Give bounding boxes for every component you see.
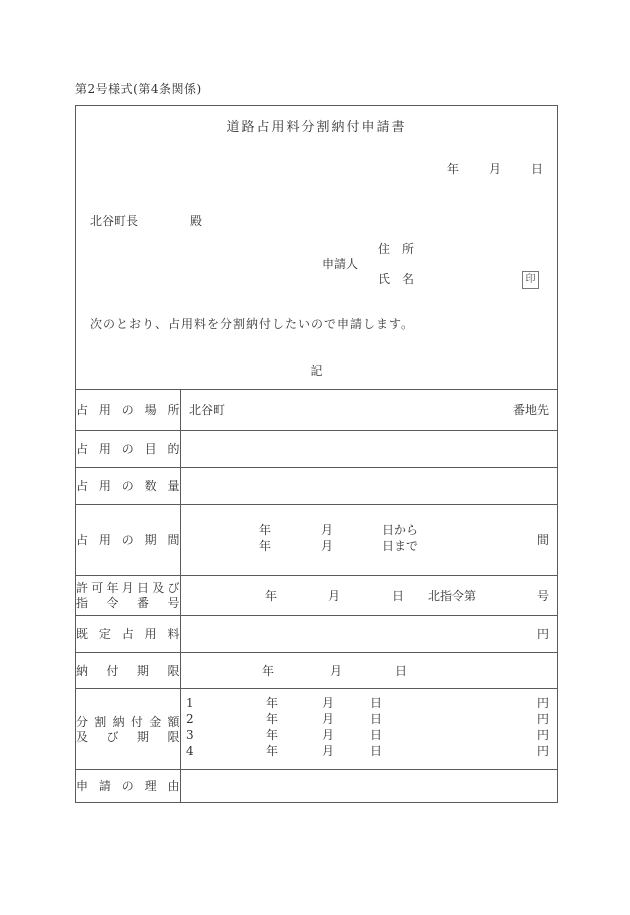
period-label: 占 用 の 期 間	[76, 534, 180, 546]
form-header-section: 道路占用料分割納付申請書 年 月 日 北谷町長殿 申請人 住 所 氏 名 印 次…	[75, 105, 558, 389]
installment-1-day: 日	[370, 697, 382, 709]
application-detail-table: 占 用 の 場 所 北谷町 番地先 占 用 の 目 的 占 用 の 数 量 占 …	[75, 389, 558, 803]
installment-2-no: 2	[186, 713, 194, 725]
reason-label: 申 請 の 理 由	[76, 780, 180, 792]
installment-3-day: 日	[370, 729, 382, 741]
installment-line-2: 2 年 月 日 円	[181, 713, 557, 729]
quantity-label: 占 用 の 数 量	[76, 480, 180, 492]
deadline-year: 年	[262, 665, 274, 677]
applicant-label: 申請人	[322, 258, 358, 270]
table-row-place: 占 用 の 場 所 北谷町 番地先	[76, 390, 558, 431]
application-date-line: 年 月 日	[447, 163, 543, 175]
quantity-value-cell	[181, 468, 558, 505]
date-day-label: 日	[531, 163, 543, 175]
permit-directive-prefix: 北指令第	[428, 590, 476, 602]
period-from-month: 月	[321, 524, 333, 536]
applicant-name-label: 氏 名	[378, 273, 414, 285]
addressee-name: 北谷町長	[90, 214, 138, 228]
installment-2-month: 月	[322, 713, 334, 725]
period-from-year: 年	[259, 524, 271, 536]
period-from-day: 日から	[382, 524, 418, 536]
installments-value-cell: 1 年 月 日 円 2 年 月 日 円	[181, 689, 558, 770]
installment-4-unit: 円	[537, 745, 549, 757]
period-to-year: 年	[259, 540, 271, 552]
table-row-reason: 申 請 の 理 由	[76, 770, 558, 803]
permit-month: 月	[328, 590, 340, 602]
place-value-cell: 北谷町 番地先	[181, 390, 558, 431]
form-border-box: 道路占用料分割納付申請書 年 月 日 北谷町長殿 申請人 住 所 氏 名 印 次…	[75, 105, 558, 803]
date-year-label: 年	[447, 163, 459, 175]
period-to-line: 年 月 日まで	[181, 540, 557, 556]
document-title: 道路占用料分割納付申請書	[76, 121, 557, 134]
permit-label-line1: 許可年月日及び	[76, 582, 180, 594]
applicant-address-label: 住 所	[378, 243, 414, 255]
table-row-installments: 分 割 納 付 金 額 及 び 期 限 1 年 月 日 円	[76, 689, 558, 770]
purpose-value-cell	[181, 431, 558, 468]
fixed-fee-value-cell: 円	[181, 616, 558, 653]
period-duration-suffix: 間	[537, 534, 549, 546]
deadline-month: 月	[330, 665, 342, 677]
installment-4-month: 月	[322, 745, 334, 757]
date-month-label: 月	[489, 163, 501, 175]
fixed-fee-label: 既 定 占 用 料	[76, 628, 180, 640]
installment-1-no: 1	[186, 697, 194, 709]
permit-label-line2: 指 令 番 号	[76, 597, 180, 609]
reason-value-cell	[181, 770, 558, 803]
installment-3-no: 3	[186, 729, 194, 741]
deadline-value-cell: 年 月 日	[181, 653, 558, 689]
addressee-line: 北谷町長殿	[90, 215, 202, 227]
installment-line-1: 1 年 月 日 円	[181, 697, 557, 713]
installment-2-unit: 円	[537, 713, 549, 725]
installment-line-3: 3 年 月 日 円	[181, 729, 557, 745]
permit-value-cell: 年 月 日 北指令第 号	[181, 576, 558, 616]
installments-label-line2: 及 び 期 限	[76, 731, 180, 743]
deadline-label: 納 付 期 限	[76, 665, 180, 677]
fixed-fee-unit: 円	[537, 628, 549, 640]
installment-3-unit: 円	[537, 729, 549, 741]
application-statement: 次のとおり、占用料を分割納付したいので申請します。	[90, 318, 414, 330]
installment-line-4: 4 年 月 日 円	[181, 745, 557, 761]
installment-4-no: 4	[186, 745, 194, 757]
installment-1-month: 月	[322, 697, 334, 709]
installment-2-day: 日	[370, 713, 382, 725]
section-marker: 記	[76, 365, 557, 377]
period-to-month: 月	[321, 540, 333, 552]
place-value: 北谷町	[181, 403, 225, 417]
deadline-day: 日	[395, 665, 407, 677]
installment-3-month: 月	[322, 729, 334, 741]
installments-label-line1: 分 割 納 付 金 額	[76, 716, 180, 728]
addressee-honorific: 殿	[190, 214, 202, 228]
table-row-quantity: 占 用 の 数 量	[76, 468, 558, 505]
table-row-deadline: 納 付 期 限 年 月 日	[76, 653, 558, 689]
period-value-cell: 年 月 日から 年 月 日まで 間	[181, 505, 558, 576]
installment-1-year: 年	[266, 697, 278, 709]
period-to-day: 日まで	[382, 540, 418, 552]
table-row-fixed-fee: 既 定 占 用 料 円	[76, 616, 558, 653]
table-row-permit: 許可年月日及び 指 令 番 号 年 月 日 北指令第 号	[76, 576, 558, 616]
table-row-period: 占 用 の 期 間 年 月 日から 年 月 日まで	[76, 505, 558, 576]
table-row-purpose: 占 用 の 目 的	[76, 431, 558, 468]
seal-mark-box: 印	[522, 271, 539, 289]
purpose-label: 占 用 の 目 的	[76, 443, 180, 455]
period-from-line: 年 月 日から	[181, 524, 557, 540]
installment-4-year: 年	[266, 745, 278, 757]
installment-4-day: 日	[370, 745, 382, 757]
permit-directive-suffix: 号	[537, 590, 549, 602]
installment-3-year: 年	[266, 729, 278, 741]
application-form-sheet: 第2号様式(第4条関係) 道路占用料分割納付申請書 年 月 日 北谷町長殿 申請…	[0, 0, 630, 915]
form-number: 第2号様式(第4条関係)	[75, 83, 202, 95]
place-right-text: 番地先	[513, 404, 549, 416]
permit-day: 日	[392, 590, 404, 602]
installment-1-unit: 円	[537, 697, 549, 709]
place-label: 占 用 の 場 所	[76, 404, 180, 416]
permit-year: 年	[265, 590, 277, 602]
installment-2-year: 年	[266, 713, 278, 725]
